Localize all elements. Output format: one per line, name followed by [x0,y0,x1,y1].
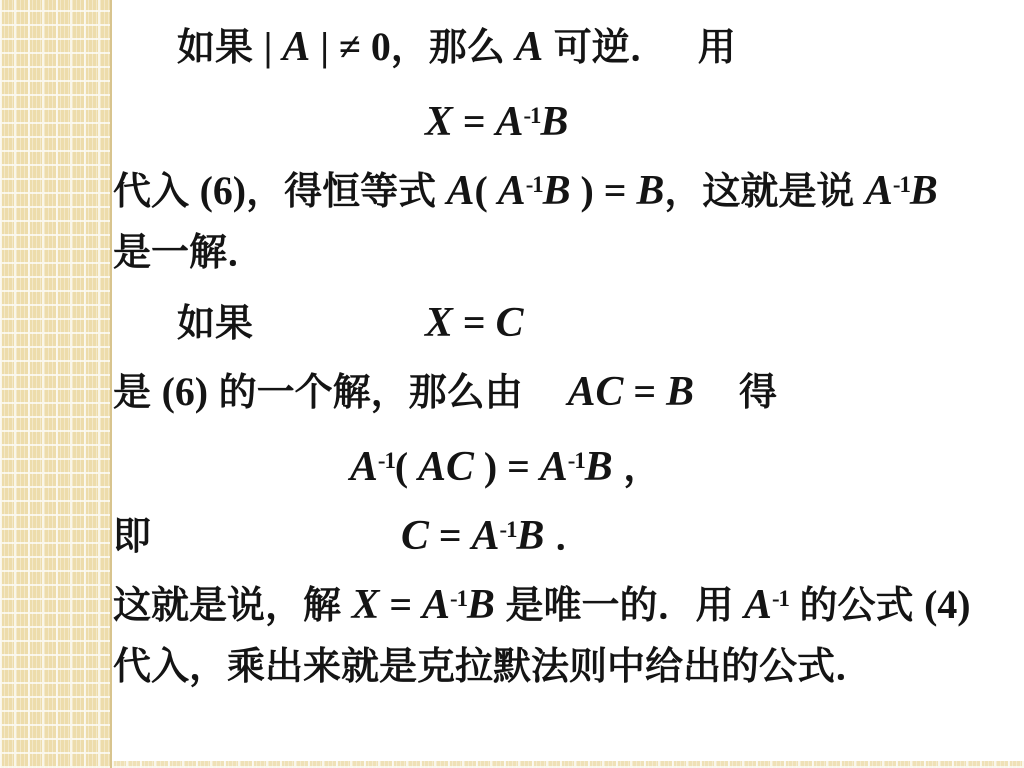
cjk-text: 这就是说，解 [113,585,352,627]
cjk-text: 可逆． [543,27,668,69]
math-symbol: ) = [571,168,637,213]
cjk-text: ． [544,516,593,558]
text-line-7: A-1( AC ) = A-1B ， [113,426,1020,495]
math-variable: A [350,444,378,490]
cjk-text: ，得恒等式 [246,171,447,213]
cjk-text: 代入 [113,171,200,213]
superscript-exponent: -1 [893,172,910,197]
text-line-4: 是一解． [113,219,1020,288]
cjk-text: 是一解． [113,232,265,274]
math-symbol: = [623,369,666,414]
text-line-2: X = A-1B [113,81,1020,150]
math-variable: A [865,168,893,214]
superscript-exponent: -1 [450,586,467,611]
cjk-text: 如果 [177,27,264,69]
bottom-texture-strip [0,761,1024,768]
slide-text-area: 如果 | A | ≠ 0，那么 A 可逆．用X = A-1B代入 (6)，得恒等… [113,12,1020,702]
math-symbol: = [379,582,422,627]
math-symbol: ( [395,444,418,489]
text-line-5: 如果X = C [113,288,1020,357]
math-variable: B [910,168,938,214]
math-variable: C [496,300,524,346]
math-variable: B [666,369,694,415]
math-variable: B [540,99,568,145]
left-texture-strip [0,0,112,768]
superscript-exponent: -1 [772,586,789,611]
math-variable: X [425,300,453,346]
math-variable: X [425,99,453,145]
math-variable: B [516,513,544,559]
cjk-text: 是 [113,372,162,414]
cjk-text: ， [613,447,662,489]
cjk-text: 即 [113,516,151,558]
math-symbol: ( [475,168,498,213]
math-variable: A [515,24,543,70]
text-line-8: 即C = A-1B ． [113,495,1020,564]
superscript-exponent: -1 [523,103,540,128]
cjk-text: 的一个解，那么由 [208,372,523,414]
math-variable: A [496,99,524,145]
math-variable: B [543,168,571,214]
math-variable: A [282,24,310,70]
cjk-text: 得 [739,372,777,414]
text-line-3: 代入 (6)，得恒等式 A( A-1B ) = B，这就是说 A-1B [113,150,1020,219]
cjk-text: ，那么 [391,27,516,69]
superscript-exponent: -1 [526,172,543,197]
math-variable: B [467,582,495,628]
math-symbol: = [453,300,496,345]
math-symbol: = [429,513,472,558]
math-variable: A [422,582,450,628]
math-variable: A [498,168,526,214]
math-variable: AC [418,444,474,490]
text-line-10: 代入，乘出来就是克拉默法则中给出的公式． [113,633,1020,702]
cjk-text: 如果 [177,303,253,345]
math-variable: A [540,444,568,490]
math-variable: B [637,168,665,214]
math-symbol: = [453,99,496,144]
text-line-9: 这就是说，解 X = A-1B 是唯一的．用 A-1 的公式 (4) [113,564,1020,633]
superscript-exponent: -1 [499,517,516,542]
slide: 如果 | A | ≠ 0，那么 A 可逆．用X = A-1B代入 (6)，得恒等… [0,0,1024,768]
superscript-exponent: -1 [568,448,585,473]
math-variable: A [472,513,500,559]
text-line-6: 是 (6) 的一个解，那么由AC = B得 [113,357,1020,426]
math-symbol: ) = [474,444,540,489]
cjk-text: 的公式 [789,585,924,627]
math-variable: B [585,444,613,490]
cjk-text: 代入，乘出来就是克拉默法则中给出的公式． [113,646,873,688]
math-variable: C [401,513,429,559]
text-line-1: 如果 | A | ≠ 0，那么 A 可逆．用 [113,12,1020,81]
math-variable: X [352,582,380,628]
math-variable: AC [568,369,624,415]
math-variable: A [744,582,772,628]
cjk-text: ，这就是说 [664,171,865,213]
math-variable: A [447,168,475,214]
math-symbol: | ≠ 0 [310,24,391,69]
math-symbol: (6) [200,168,247,213]
superscript-exponent: -1 [378,448,395,473]
cjk-text: 是唯一的．用 [495,585,744,627]
math-symbol: (6) [162,369,209,414]
cjk-text: 用 [698,27,736,69]
math-symbol: | [264,24,283,69]
math-symbol: (4) [924,582,971,627]
